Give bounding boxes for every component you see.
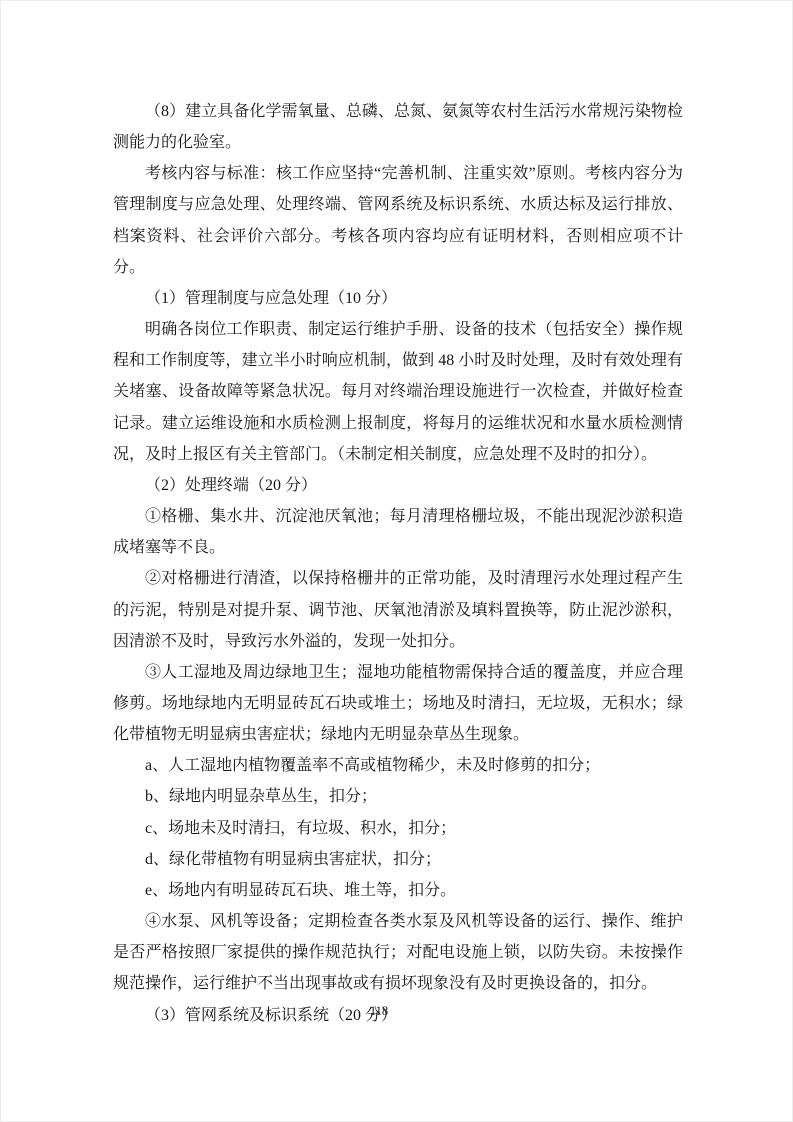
heading-section-1-management: （1）管理制度与应急处理（10 分） bbox=[113, 283, 683, 314]
para-assessment-standard-intro: 考核内容与标准：核工作应坚持“完善机制、注重实效”原则。考核内容分为管理制度与应… bbox=[113, 158, 683, 283]
document-body: （8）建立具备化学需氧量、总磷、总氮、氨氮等农村生活污水常规污染物检测能力的化验… bbox=[113, 96, 683, 1031]
list-item-b: b、绿地内明显杂草丛生，扣分； bbox=[113, 781, 683, 812]
para-terminal-item-3: ③人工湿地及周边绿地卫生；湿地功能植物需保持合适的覆盖度，并应合理修剪。场地绿地… bbox=[113, 657, 683, 750]
para-item-8-lab: （8）建立具备化学需氧量、总磷、总氮、氨氮等农村生活污水常规污染物检测能力的化验… bbox=[113, 96, 683, 158]
list-item-a: a、人工湿地内植物覆盖率不高或植物稀少，未及时修剪的扣分； bbox=[113, 750, 683, 781]
list-item-c: c、场地未及时清扫，有垃圾、积水，扣分； bbox=[113, 813, 683, 844]
para-terminal-item-2: ②对格栅进行清渣，以保持格栅井的正常功能，及时清理污水处理过程产生的污泥，特别是… bbox=[113, 563, 683, 656]
heading-section-2-terminal: （2）处理终端（20 分） bbox=[113, 470, 683, 501]
para-terminal-item-1: ①格栅、集水井、沉淀池厌氧池；每月清理格栅垃圾，不能出现泥沙淤积造成堵塞等不良。 bbox=[113, 501, 683, 563]
page-number: 118 bbox=[358, 1004, 400, 1019]
document-page: （8）建立具备化学需氧量、总磷、总氮、氨氮等农村生活污水常规污染物检测能力的化验… bbox=[0, 0, 793, 1122]
para-terminal-item-4: ④水泵、风机等设备；定期检查各类水泵及风机等设备的运行、操作、维护是否严格按照厂… bbox=[113, 906, 683, 999]
list-item-d: d、绿化带植物有明显病虫害症状，扣分； bbox=[113, 844, 683, 875]
para-management-detail: 明确各岗位工作职责、制定运行维护手册、设备的技术（包括安全）操作规程和工作制度等… bbox=[113, 314, 683, 470]
list-item-e: e、场地内有明显砖瓦石块、堆土等，扣分。 bbox=[113, 875, 683, 906]
